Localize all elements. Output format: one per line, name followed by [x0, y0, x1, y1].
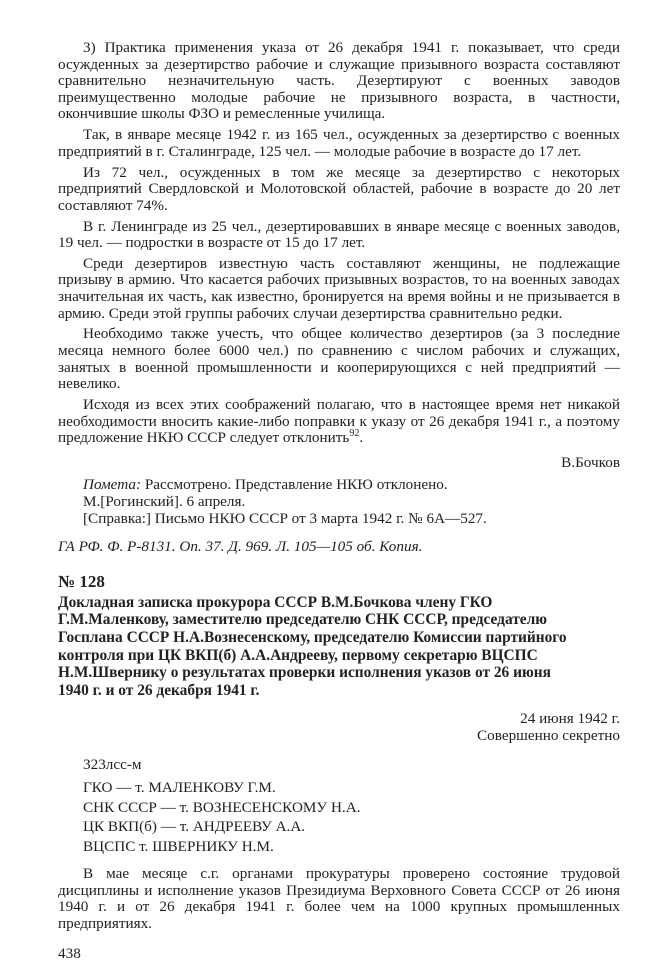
reference-number: 323лсс-м [83, 757, 620, 774]
paragraph-2: Так, в январе месяце 1942 г. из 165 чел.… [58, 127, 620, 160]
note-line-2: М.[Рогинский]. 6 апреля. [83, 494, 620, 511]
addressee: СНК СССР — т. ВОЗНЕСЕНСКОМУ Н.А. [83, 798, 620, 818]
document-number: № 128 [58, 572, 620, 592]
note-label: Помета: [83, 476, 141, 493]
document-body: В мае месяце с.г. органами прокуратуры п… [58, 866, 620, 932]
addressee-list: ГКО — т. МАЛЕНКОВУ Г.М. СНК СССР — т. ВО… [83, 778, 620, 856]
classification: Совершенно секретно [58, 728, 620, 745]
paragraph-5: Среди дезертиров известную часть составл… [58, 256, 620, 322]
closing-paragraph: Исходя из всех этих соображений полагаю,… [58, 397, 620, 447]
document-page: 3) Практика применения указа от 26 декаб… [58, 40, 620, 963]
addressee: ЦК ВКП(б) — т. АНДРЕЕВУ А.А. [83, 817, 620, 837]
paragraph-6: Необходимо также учесть, что общее колич… [58, 326, 620, 392]
note-line-3: [Справка:] Письмо НКЮ СССР от 3 марта 19… [83, 511, 620, 528]
paragraph-3: Из 72 чел., осужденных в том же месяце з… [58, 165, 620, 215]
date-block: 24 июня 1942 г. Совершенно секретно [58, 711, 620, 744]
page-number: 438 [58, 946, 620, 963]
addressee: ВЦСПС т. ШВЕРНИКУ Н.М. [83, 837, 620, 857]
paragraph-1: 3) Практика применения указа от 26 декаб… [58, 40, 620, 123]
archive-reference: ГА РФ. Ф. Р-8131. Оп. 37. Д. 969. Л. 105… [58, 539, 620, 556]
closing-text: Исходя из всех этих соображений полагаю,… [58, 396, 620, 446]
note-line-1: Помета: Рассмотрено. Представление НКЮ о… [83, 477, 620, 494]
document-date: 24 июня 1942 г. [58, 711, 620, 728]
document-title: Докладная записка прокурора СССР В.М.Боч… [58, 594, 578, 700]
paragraph-4: В г. Ленинграде из 25 чел., дезертировав… [58, 219, 620, 252]
footnote-marker[interactable]: 92 [349, 428, 359, 439]
signature: В.Бочков [58, 455, 620, 472]
note-text: Рассмотрено. Представление НКЮ отклонено… [141, 476, 448, 493]
addressee: ГКО — т. МАЛЕНКОВУ Г.М. [83, 778, 620, 798]
